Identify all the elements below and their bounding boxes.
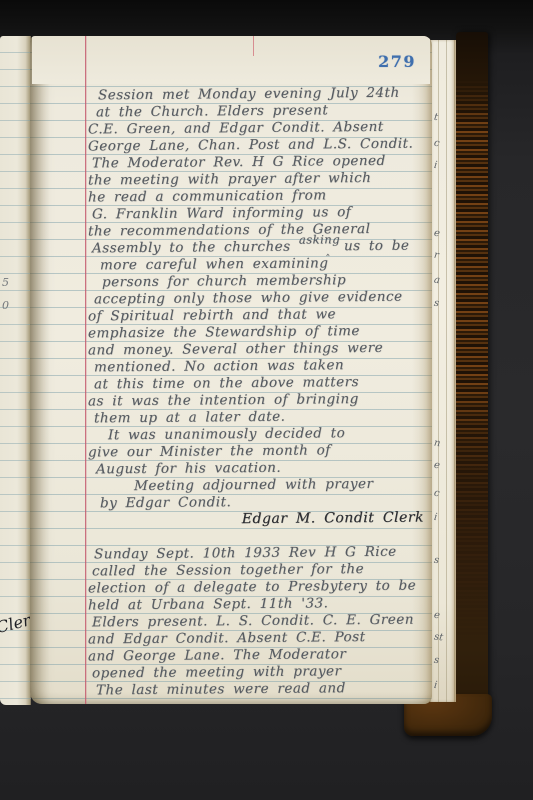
edge-writing-fragment: t — [433, 112, 439, 123]
edge-writing-fragment: st — [433, 631, 444, 643]
edge-writing-fragment: s — [433, 655, 440, 667]
page-edges-strip: tcierasnecisestsi — [430, 40, 456, 702]
handwriting-line: The Moderator Rev. H G Rice opened — [88, 153, 424, 173]
handwriting-line: accepting only those who give evidence — [88, 289, 424, 309]
ledger-page: 279 Session met Monday evening July 24th… — [30, 36, 432, 704]
handwriting-line: election of a delegate to Presbytery to … — [88, 578, 424, 598]
caret-mark: ‸ — [326, 245, 330, 256]
handwriting-line: and money. Several other things were — [88, 340, 424, 360]
handwriting-line: The last minutes were read and — [88, 680, 424, 700]
red-margin-tick — [253, 36, 254, 56]
edge-writing-fragment: i — [433, 160, 438, 171]
handwriting-line: Elders present. L. S. Condit. C. E. Gree… — [88, 612, 424, 632]
page-number: 279 — [378, 52, 416, 71]
handwriting-line: Session met Monday evening July 24th — [88, 85, 424, 105]
edge-writing-fragment: c — [433, 488, 440, 500]
handwriting-line: Edgar M. Condit Clerk — [88, 510, 424, 530]
red-margin-line — [85, 36, 86, 704]
facing-page-margin-mark: 0 — [2, 299, 9, 312]
handwriting-block: Session met Monday evening July 24that t… — [88, 85, 424, 700]
edge-writing-fragment: a — [433, 275, 440, 287]
edge-writing-fragment: r — [433, 250, 439, 262]
edge-writing-fragment: s — [433, 555, 440, 567]
clerk-signature-fragment: Clerk — [0, 608, 31, 637]
handwriting-line: Sunday Sept. 10th 1933 Rev H G Rice — [88, 544, 424, 564]
handwriting-line: Assembly to the churches asking‸us to be — [88, 238, 424, 258]
scanned-ledger-photo: tcierasnecisestsi 5 0 Clerk 279 Session … — [0, 0, 533, 800]
edge-writing-fragment: e — [433, 228, 440, 240]
facing-page-edge: 5 0 Clerk — [0, 36, 31, 705]
facing-page-margin-mark: 5 — [2, 276, 9, 289]
edge-writing-fragment: e — [433, 460, 440, 472]
book-spine — [456, 32, 488, 702]
paper-top-blank-area — [32, 36, 430, 84]
edge-writing-fragment: e — [433, 610, 440, 622]
edge-writing-fragment: i — [433, 680, 438, 691]
edge-writing-fragment: i — [433, 512, 438, 523]
inserted-word: asking‸ — [299, 238, 344, 256]
edge-writing-fragment: c — [433, 138, 440, 150]
edge-writing-fragment: s — [433, 298, 440, 310]
edge-writing-fragment: n — [433, 438, 441, 450]
